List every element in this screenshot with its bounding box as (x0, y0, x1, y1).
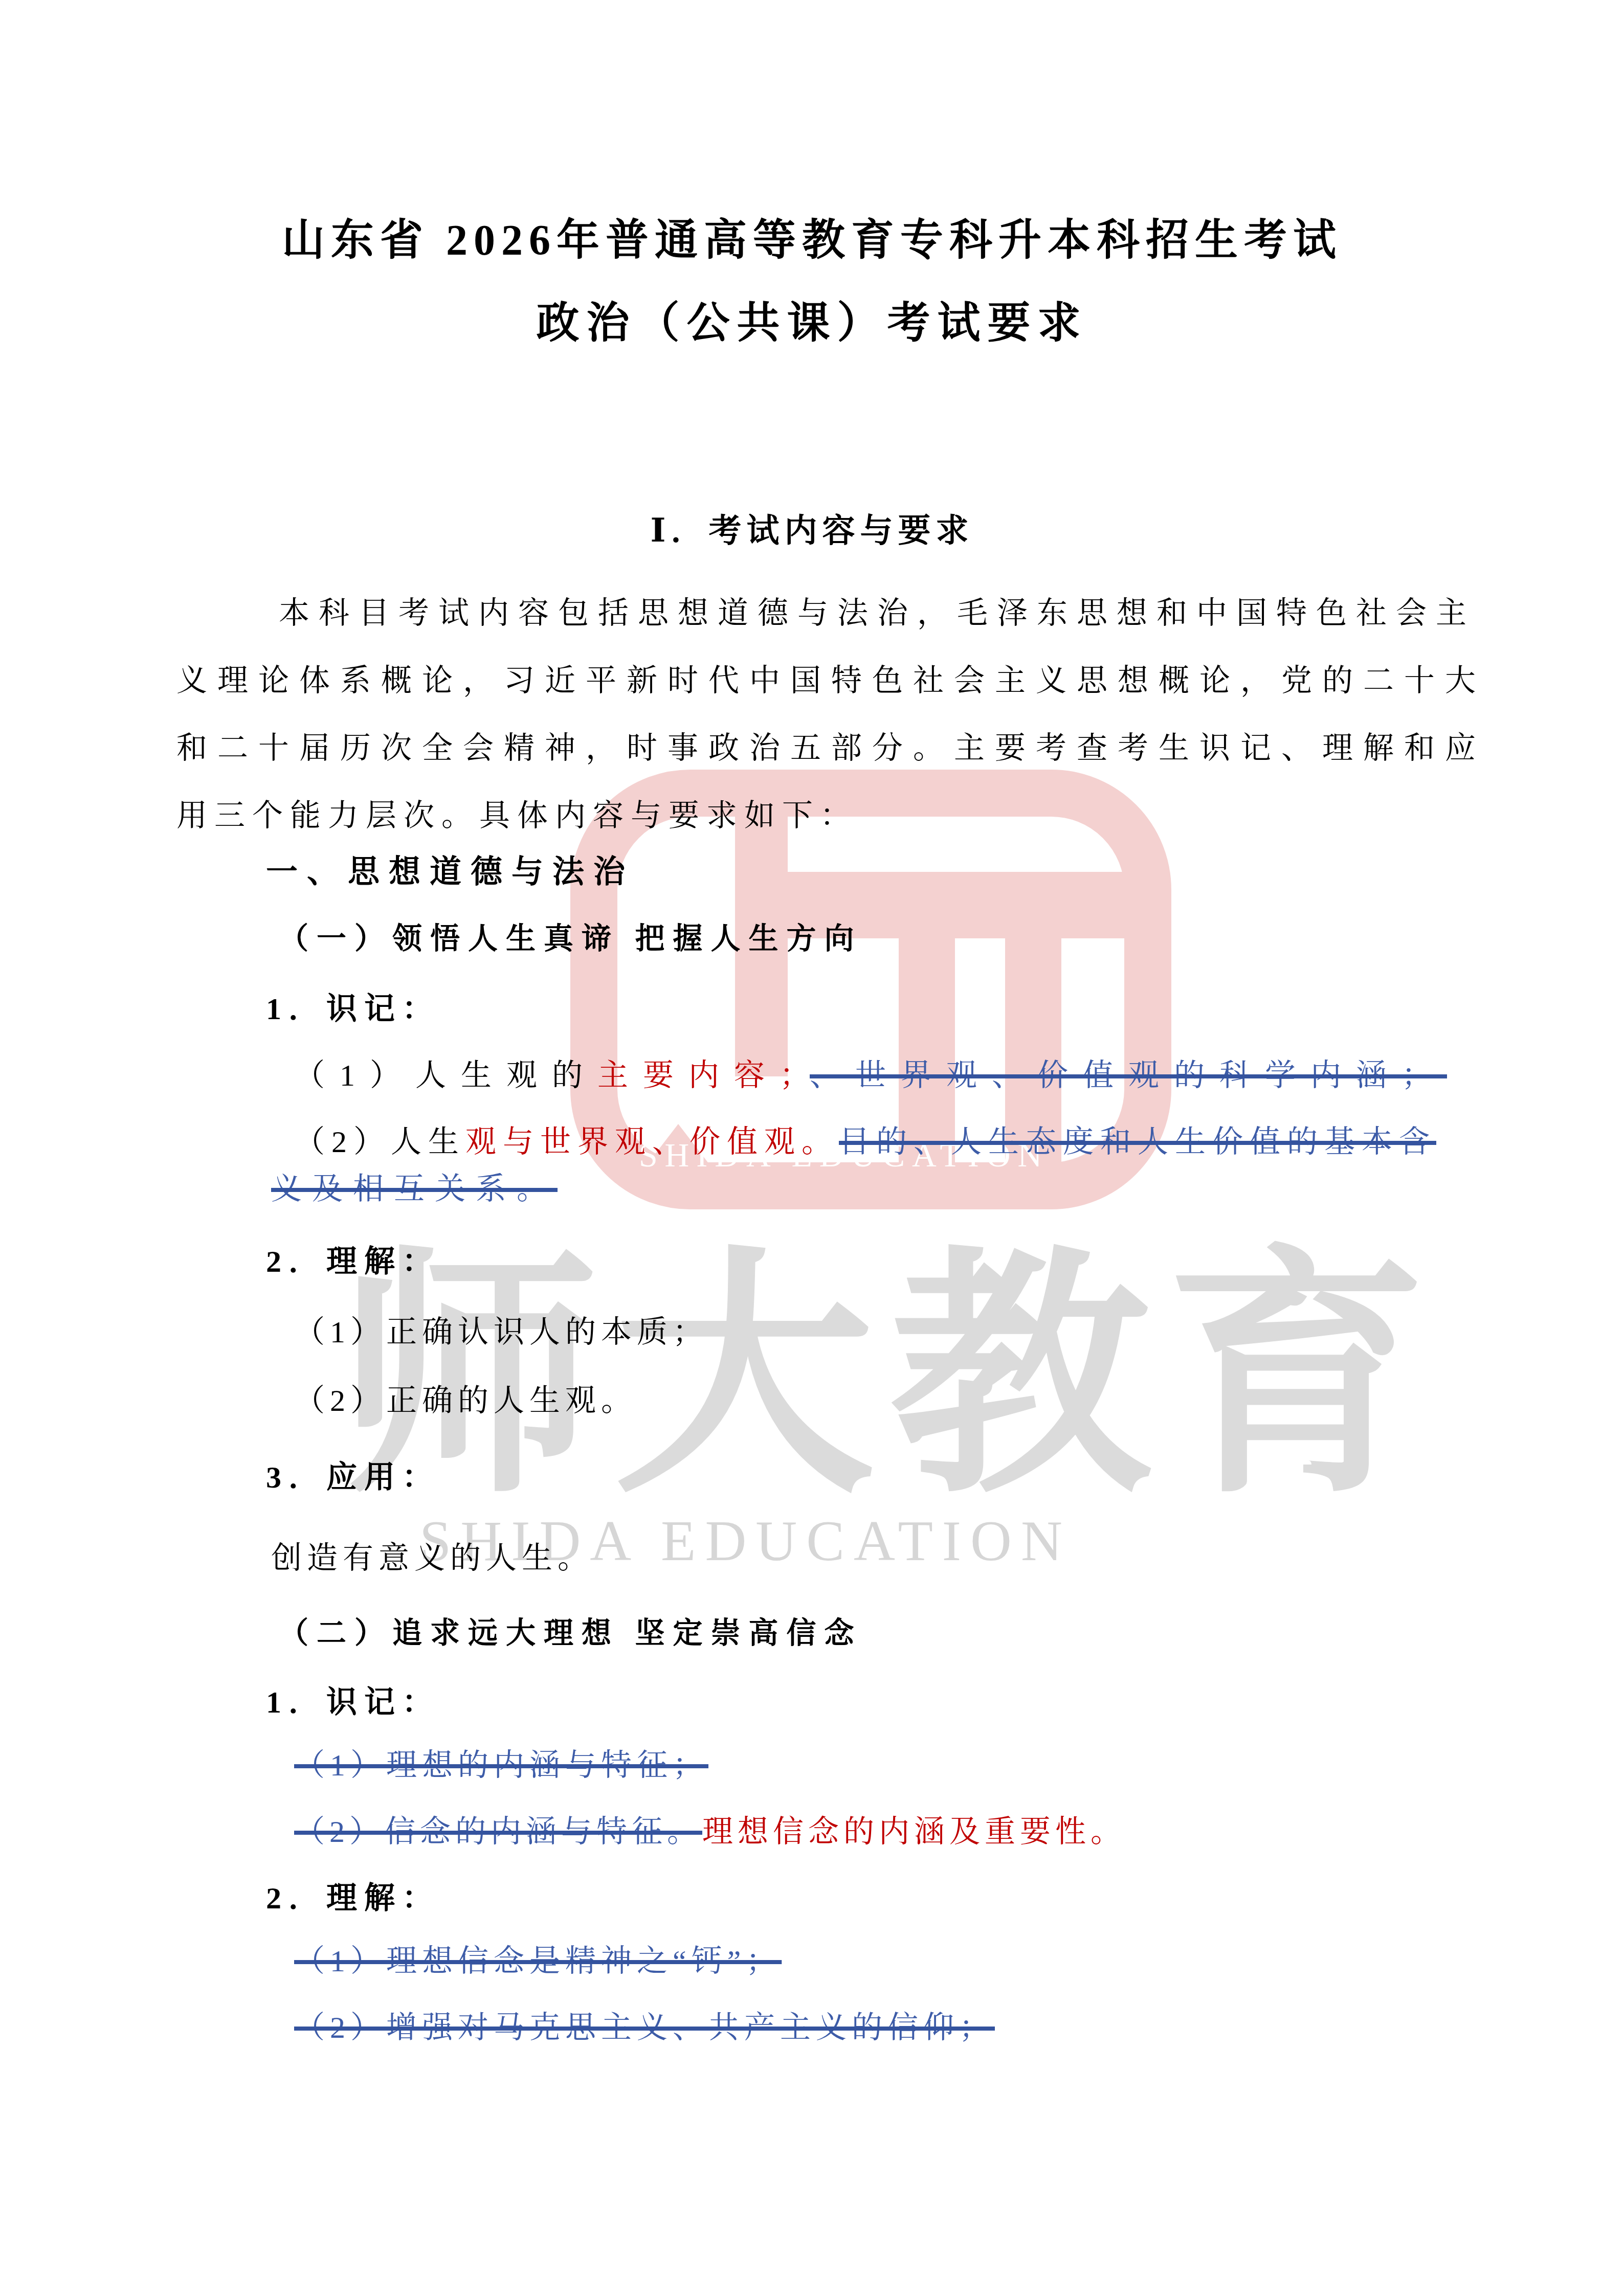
label-yingyong-1-segment-ink: 3．应用： (266, 1460, 440, 1494)
para-line-2: 义理论体系概论，习近平新时代中国特色社会主义思想概论，党的二十大 (176, 662, 1486, 700)
item-2-1-segment-ink: （1）正确认识人的本质； (294, 1315, 708, 1349)
para-line-4: 用三个能力层次。具体内容与要求如下： (176, 797, 858, 835)
heading-topic-1-segment-ink: （一）领悟人生真谛 把握人生方向 (279, 922, 862, 955)
label-lijie-1-segment-ink: 2．理解： (266, 1245, 440, 1278)
item-5-2-segment-del: （2）增强对马克思主义、共产主义的信仰； (294, 2011, 995, 2044)
item-2-2-segment-ink: （2）正确的人生观。 (294, 1384, 637, 1417)
heading-topic-1: （一）领悟人生真谛 把握人生方向 (279, 920, 862, 958)
item-1-1-segment-del: 、世界观、价值观的科学内涵； (810, 1059, 1447, 1092)
label-yingyong-1: 3．应用： (266, 1458, 440, 1497)
label-shiji-1-segment-ink: 1．识记： (266, 992, 440, 1026)
item-4-1-segment-del: （1）理想的内涵与特征； (294, 1748, 708, 1782)
item-1-1-segment-ins: 主要内容； (597, 1059, 810, 1092)
item-5-1-segment-del: （1）理想信念是精神之“钙”； (294, 1944, 782, 1978)
item-2-1: （1）正确认识人的本质； (294, 1313, 708, 1352)
item-4-2-segment-del: （2）信念的内涵与特征。 (294, 1815, 702, 1849)
title-line-2-segment-ink: 政治（公共课）考试要求 (536, 300, 1087, 347)
para-line-1: 本科目考试内容包括思想道德与法治，毛泽东思想和中国特色社会主 (279, 594, 1476, 633)
label-lijie-2-segment-ink: 2．理解： (266, 1881, 440, 1915)
item-5-2: （2）增强对马克思主义、共产主义的信仰； (294, 2009, 995, 2047)
item-4-1: （1）理想的内涵与特征； (294, 1746, 708, 1785)
heading-part-1-segment-ink: 一、思想道德与法治 (266, 855, 634, 890)
heading-topic-2-segment-ink: （二）追求远大理想 坚定崇高信念 (279, 1616, 862, 1650)
section-heading: Ⅰ．考试内容与要求 (0, 510, 1624, 551)
item-1-1: （1）人生观的主要内容；、世界观、价值观的科学内涵； (294, 1056, 1447, 1095)
heading-part-1: 一、思想道德与法治 (266, 853, 634, 893)
item-1-2-wrap-segment-del: 义及相互关系。 (271, 1172, 558, 1206)
label-shiji-1: 1．识记： (266, 990, 440, 1028)
label-lijie-2: 2．理解： (266, 1879, 440, 1918)
label-shiji-2-segment-ink: 1．识记： (266, 1685, 440, 1719)
title-line-1: 山东省 2026年普通高等教育专科升本科招生考试 (0, 214, 1624, 267)
item-5-1: （1）理想信念是精神之“钙”； (294, 1942, 782, 1980)
item-1-2-wrap: 义及相互关系。 (271, 1170, 558, 1208)
item-3-1-segment-ink: 创造有意义的人生。 (271, 1541, 593, 1575)
section-heading-segment-ink: Ⅰ．考试内容与要求 (651, 512, 974, 549)
item-1-2-segment-ins: 观与世界观、价值观。 (465, 1125, 839, 1159)
title-line-2: 政治（公共课）考试要求 (0, 297, 1624, 350)
document-page: SHIDA EDUCATION 师大教育 SHIDA EDUCATION 山东省… (0, 0, 1624, 2296)
item-4-2-segment-ins: 理想信念的内涵及重要性。 (702, 1815, 1126, 1849)
gray-watermark-chinese: 师大教育 (338, 1240, 1442, 1514)
item-2-2: （2）正确的人生观。 (294, 1382, 637, 1420)
item-1-2-segment-ink: （2）人生 (294, 1125, 465, 1159)
title-line-1-segment-ink: 山东省 2026年普通高等教育专科升本科招生考试 (282, 217, 1342, 264)
para-line-4-segment-ink: 用三个能力层次。具体内容与要求如下： (176, 799, 858, 832)
item-1-1-segment-ink: （1）人生观的 (294, 1059, 597, 1092)
item-1-2-segment-del: 目的、人生态度和人生价值的基本含 (839, 1125, 1436, 1159)
para-line-3: 和二十届历次全会精神，时事政治五部分。主要考查考生识记、理解和应 (176, 729, 1486, 768)
para-line-2-segment-ink: 义理论体系概论，习近平新时代中国特色社会主义思想概论，党的二十大 (176, 664, 1486, 697)
label-lijie-1: 2．理解： (266, 1243, 440, 1281)
item-4-2: （2）信念的内涵与特征。理想信念的内涵及重要性。 (294, 1813, 1126, 1851)
para-line-3-segment-ink: 和二十届历次全会精神，时事政治五部分。主要考查考生识记、理解和应 (176, 731, 1486, 765)
para-line-1-segment-ink: 本科目考试内容包括思想道德与法治，毛泽东思想和中国特色社会主 (279, 596, 1476, 630)
heading-topic-2: （二）追求远大理想 坚定崇高信念 (279, 1615, 862, 1652)
label-shiji-2: 1．识记： (266, 1683, 440, 1722)
item-1-2: （2）人生观与世界观、价值观。目的、人生态度和人生价值的基本含 (294, 1123, 1436, 1161)
item-3-1: 创造有意义的人生。 (271, 1539, 593, 1578)
